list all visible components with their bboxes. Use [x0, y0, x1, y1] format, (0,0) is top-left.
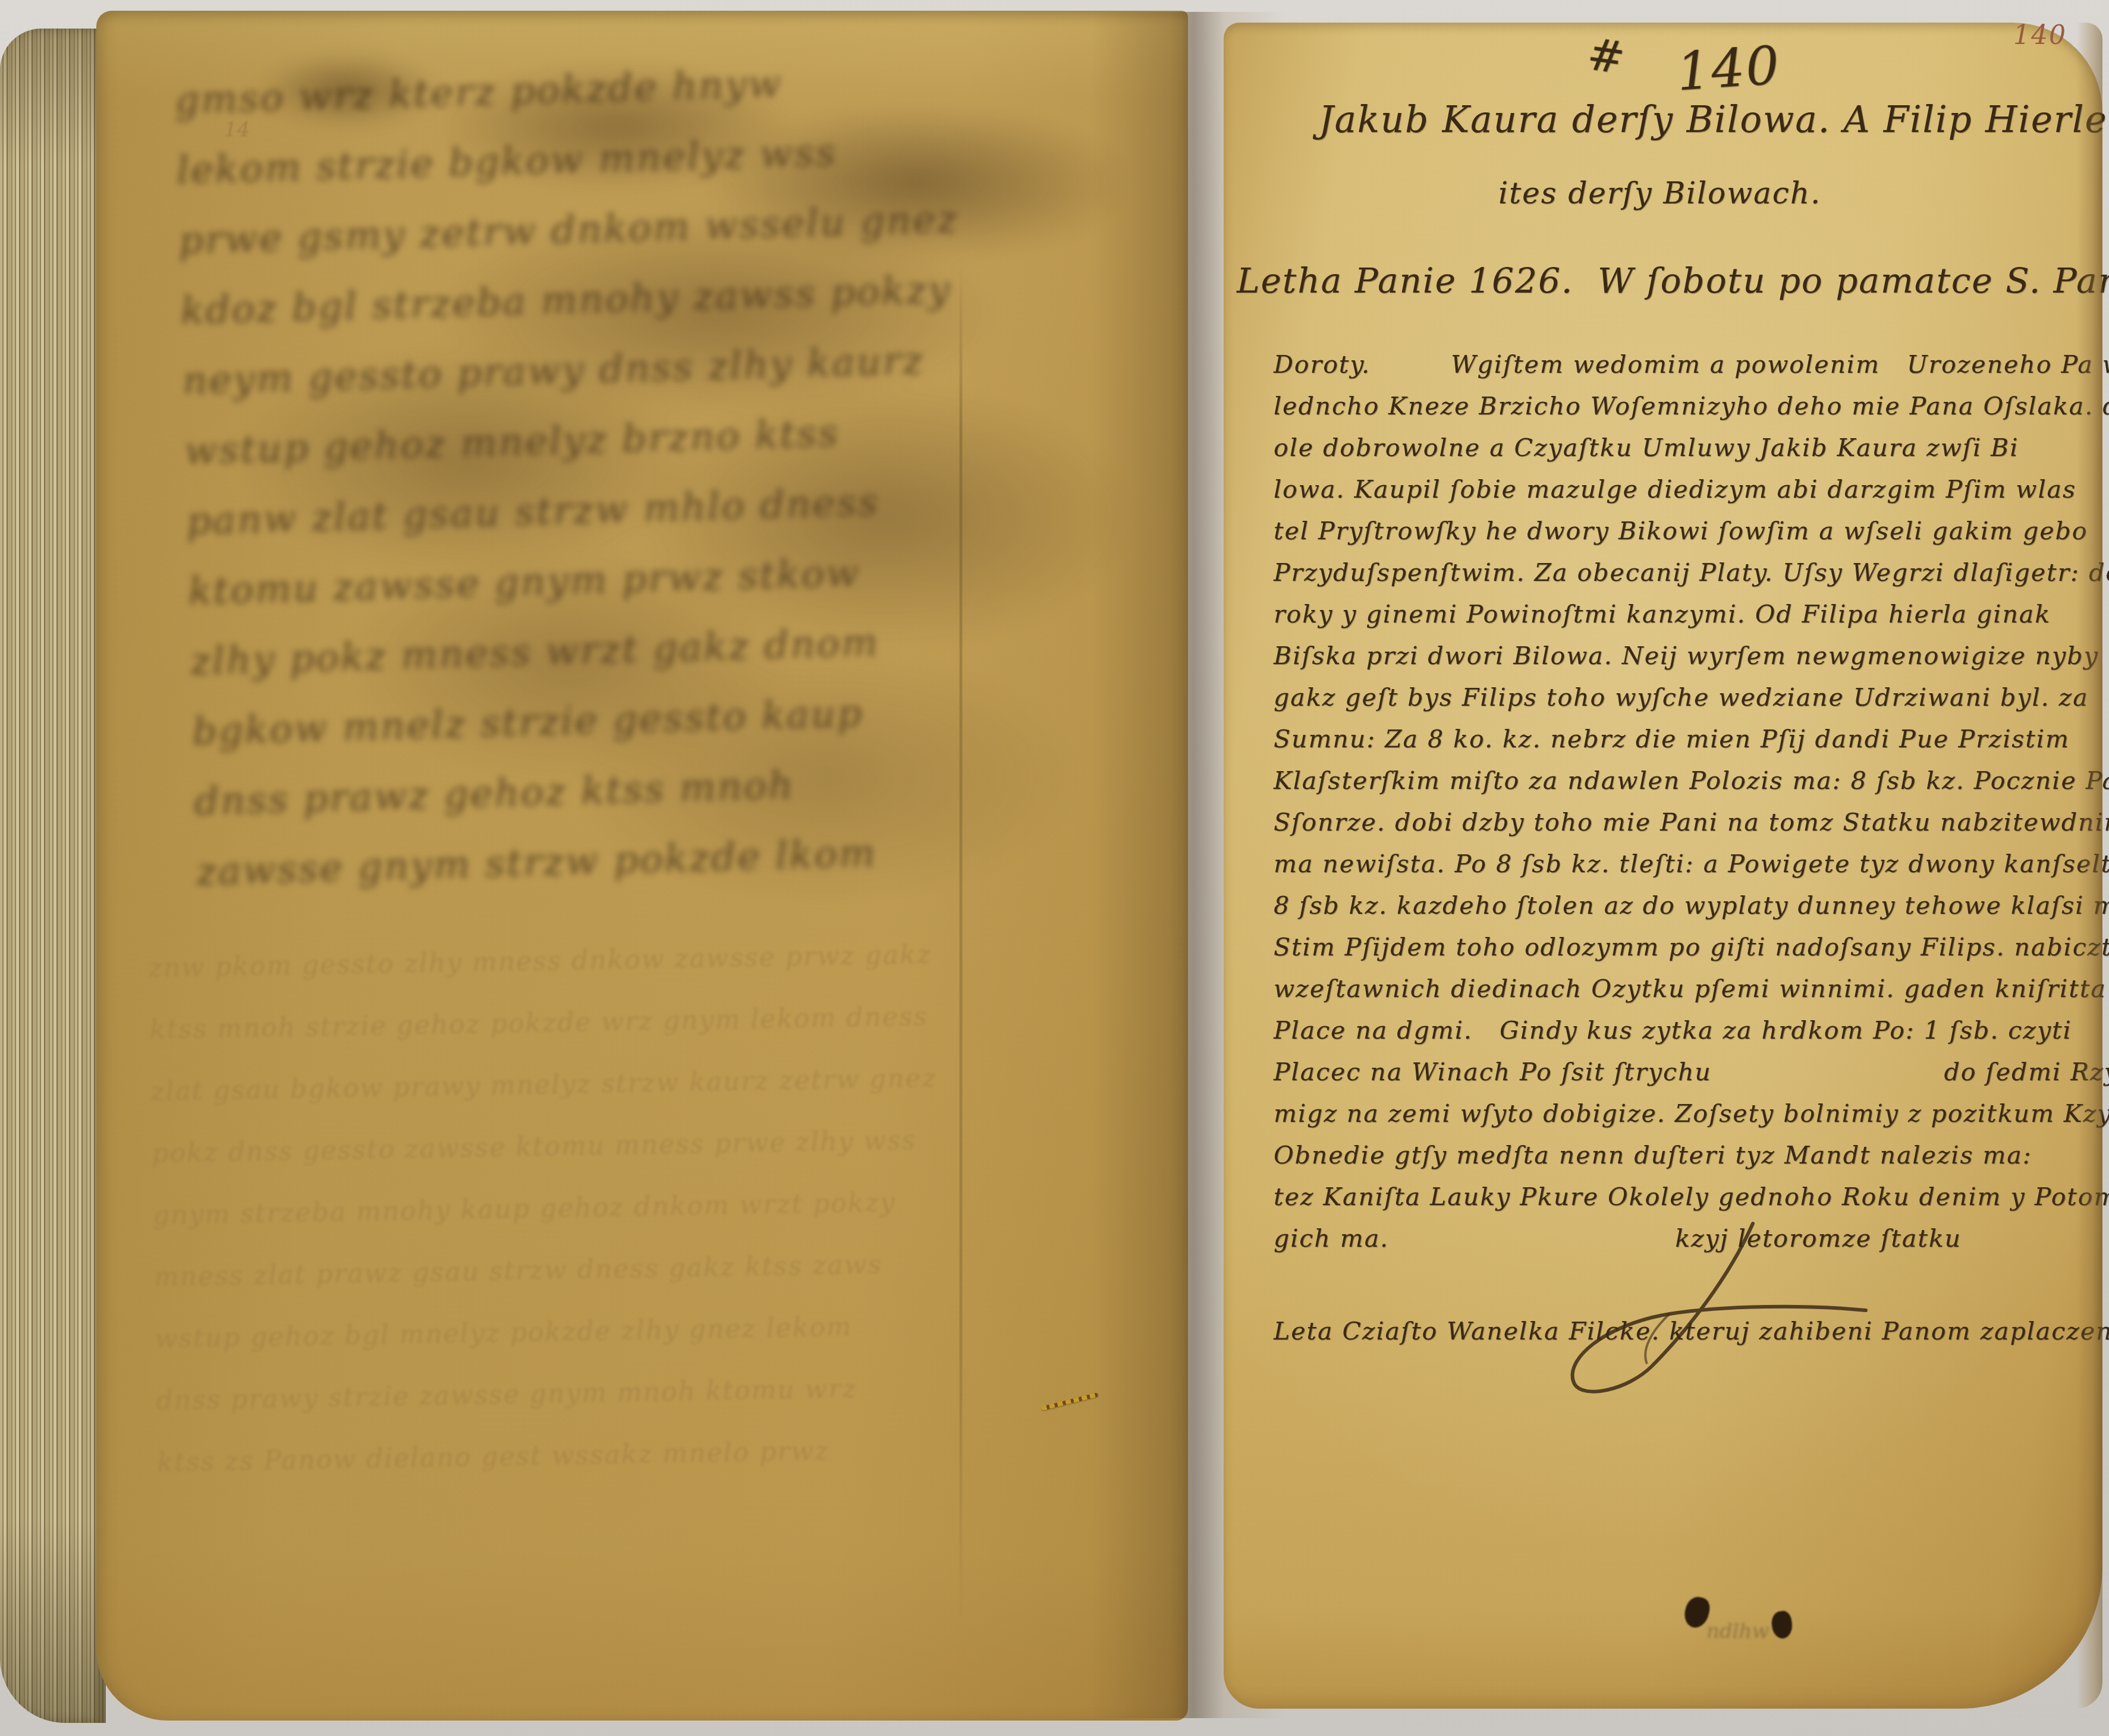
faint-scribble: ndlhw [1706, 1619, 1837, 1637]
text-line: ole dobrowolne a Czyaſtku Umluwy Jakib K… [1274, 427, 2094, 468]
text-line: tel Pryſtrowſky he dwory Bikowi ſowſim a… [1274, 510, 2094, 552]
page-number-large: 140 [1675, 34, 1783, 103]
date-line: Letha Panie 1626. W ſobotu po pamatce S.… [1237, 260, 2093, 301]
text-line: migz na zemi wſyto dobigize. Zoſsety bol… [1274, 1093, 2094, 1134]
body-text: Doroty. Wgiſtem wedomim a powolenim Uroz… [1274, 344, 2094, 1352]
text-line: gakz geſt bys Filips toho wyſche wedzian… [1274, 677, 2094, 718]
faint-bleed-through-text: znw pkom gessto zlhy mness dnkow zawsse … [148, 921, 1109, 1494]
text-line: tez Kaniſta Lauky Pkure Okolely gednoho … [1274, 1176, 2094, 1218]
text-line: roky y ginemi Powinoſtmi kanzymi. Od Fil… [1274, 593, 2094, 635]
text-line: 8 ſsb kz. kazdeho ſtolen az do wyplaty d… [1274, 885, 2094, 926]
text-line: Sumnu: Za 8 ko. kz. nebrz die mien Pſij … [1274, 718, 2094, 760]
text-line: gich ma. kzyj letoromze ſtatku [1274, 1218, 2094, 1259]
bleed-through-text: gmso wrz kterz pokzde hnywlekom strzie b… [174, 39, 1161, 908]
left-page: gmso wrz kterz pokzde hnywlekom strzie b… [96, 11, 1188, 1721]
text-line: Sſonrze. dobi dzby toho mie Pani na tomz… [1274, 801, 2094, 843]
text-line: ma newiſsta. Po 8 ſsb kz. tleſti: a Powi… [1274, 843, 2094, 885]
page-crease [960, 266, 962, 1622]
text-line: wzeſtawnich diedinach Ozytku pſemi winni… [1274, 968, 2094, 1009]
page-number-corner: 140 [2013, 20, 2067, 51]
text-line: Biſska przi dwori Bilowa. Neij wyrſem ne… [1274, 635, 2094, 677]
text-line: Stim Pſijdem toho odlozymm po giſti nado… [1274, 926, 2094, 968]
text-line: Place na dgmi. Gindy kus zytka za hrdkom… [1274, 1009, 2094, 1051]
text-line: Klaſsterſkim miſto za ndawlen Polozis ma… [1274, 760, 2094, 801]
text-line: Doroty. Wgiſtem wedomim a powolenim Uroz… [1274, 344, 2094, 385]
text-line: Leta Cziaſto Wanelka Filcke. kteruj zahi… [1274, 1310, 2094, 1352]
heading-line-1: Jakub Kaura derſy Bilowa. A Filip Hierle [1319, 99, 2098, 141]
left-folio-number: 14 [224, 118, 250, 141]
text-line: lowa. Kaupil ſobie mazulge diedizym abi … [1274, 468, 2094, 510]
hash-mark: # [1584, 29, 1629, 84]
book-fore-edge [0, 29, 106, 1723]
page-edge [2076, 23, 2102, 1709]
text-line: Obnedie gtſy medſta nenn duſteri tyz Man… [1274, 1134, 2094, 1176]
right-page: # 140 140 Jakub Kaura derſy Bilowa. A Fi… [1224, 23, 2102, 1709]
text-line: Przyduſspenſtwim. Za obecanij Platy. Uſs… [1274, 552, 2094, 593]
manuscript-photo: gmso wrz kterz pokzde hnywlekom strzie b… [0, 0, 2109, 1736]
heading-line-2: ites derſy Bilowach. [1498, 176, 1821, 210]
text-line: ledncho Kneze Brzicho Woſemnizyho deho m… [1274, 385, 2094, 427]
text-line: Placec na Winach Po ſsit ſtrychu do ſedm… [1274, 1051, 2094, 1093]
